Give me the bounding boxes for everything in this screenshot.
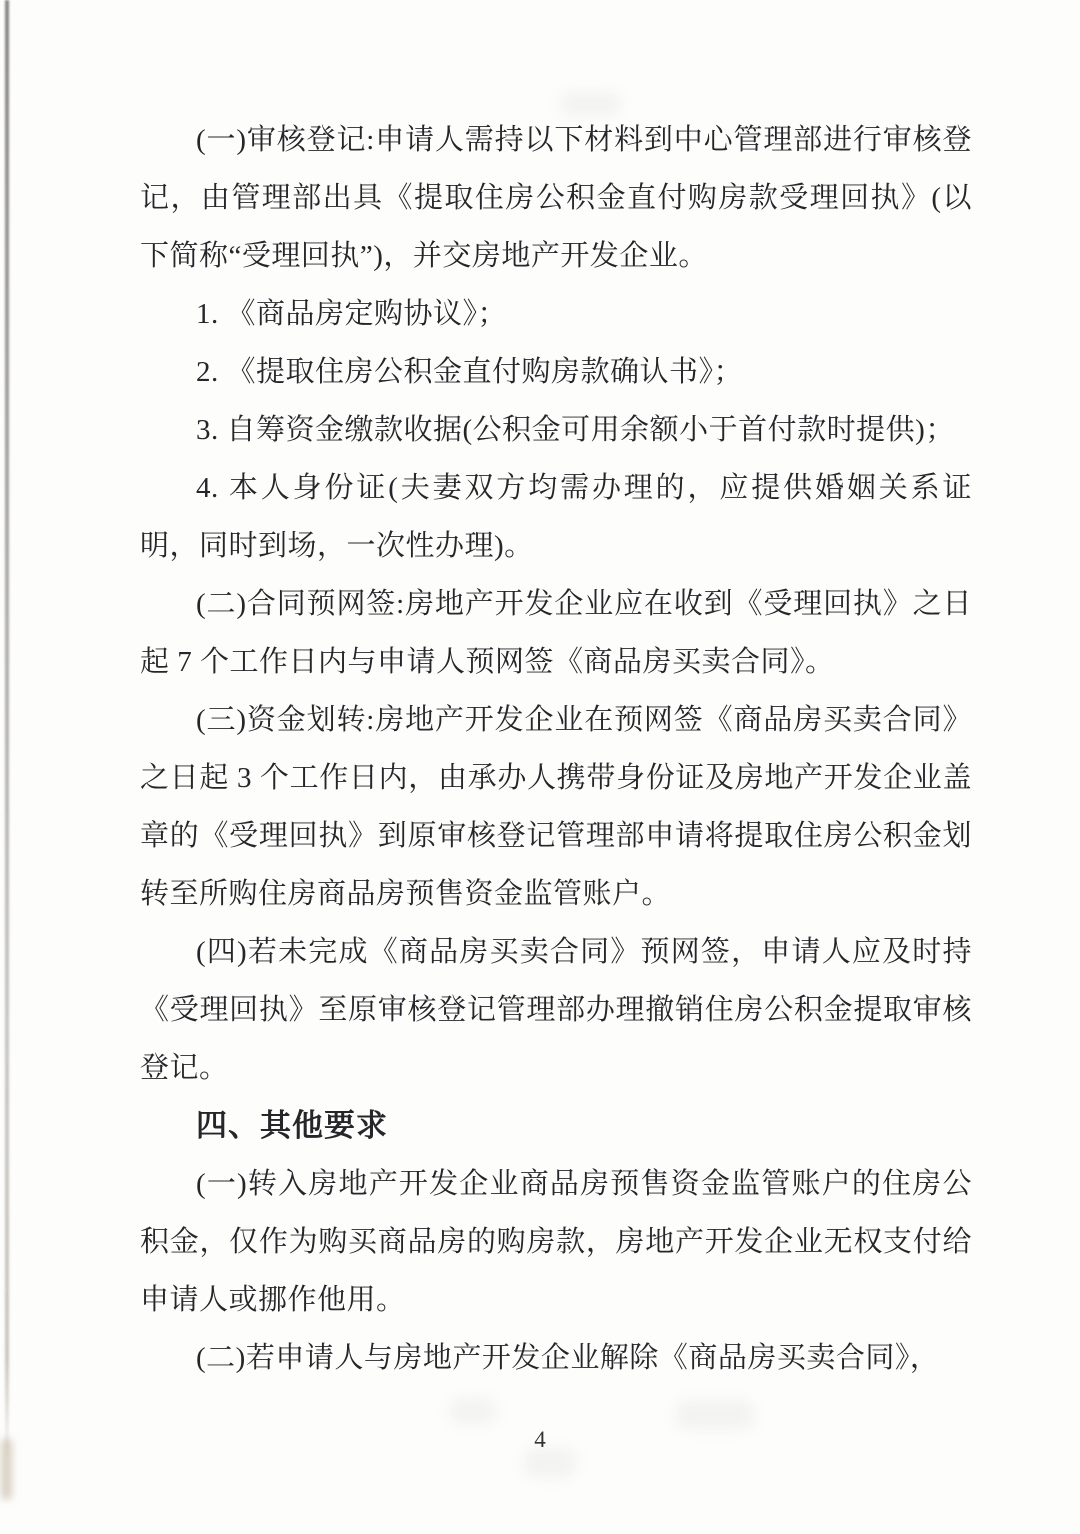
document-page: (一)审核登记:申请人需持以下材料到中心管理部进行审核登记，由管理部出具《提取住…: [0, 0, 1080, 1534]
list-item-id-card: 4. 本人身份证(夫妻双方均需办理的，应提供婚姻关系证明，同时到场，一次性办理)…: [140, 459, 972, 575]
para-fund-usage-restriction: (一)转入房地产开发企业商品房预售资金监管账户的住房公积金，仅作为购买商品房的购…: [140, 1155, 972, 1329]
scan-edge-artifact-soft: [5, 0, 9, 1460]
document-body: (一)审核登记:申请人需持以下材料到中心管理部进行审核登记，由管理部出具《提取住…: [140, 111, 972, 1387]
page-number: 4: [534, 1427, 546, 1452]
scan-smudge: [450, 1398, 496, 1424]
list-item-payment-receipt: 3. 自筹资金缴款收据(公积金可用余额小于首付款时提供)；: [140, 401, 972, 459]
para-audit-registration: (一)审核登记:申请人需持以下材料到中心管理部进行审核登记，由管理部出具《提取住…: [140, 111, 972, 285]
para-cancel-registration: (四)若未完成《商品房买卖合同》预网签，申请人应及时持《受理回执》至原审核登记管…: [140, 923, 972, 1097]
page-footer: 4: [0, 1425, 1080, 1455]
para-contract-presign: (二)合同预网签:房地产开发企业应在收到《受理回执》之日起 7 个工作日内与申请…: [140, 575, 972, 691]
section-heading-other-requirements: 四、其他要求: [140, 1097, 972, 1155]
list-item-confirmation-letter: 2. 《提取住房公积金直付购房款确认书》；: [140, 343, 972, 401]
para-contract-termination: (二)若申请人与房地产开发企业解除《商品房买卖合同》，: [140, 1329, 972, 1387]
list-item-purchase-agreement: 1. 《商品房定购协议》；: [140, 285, 972, 343]
para-fund-transfer: (三)资金划转:房地产开发企业在预网签《商品房买卖合同》之日起 3 个工作日内，…: [140, 691, 972, 923]
